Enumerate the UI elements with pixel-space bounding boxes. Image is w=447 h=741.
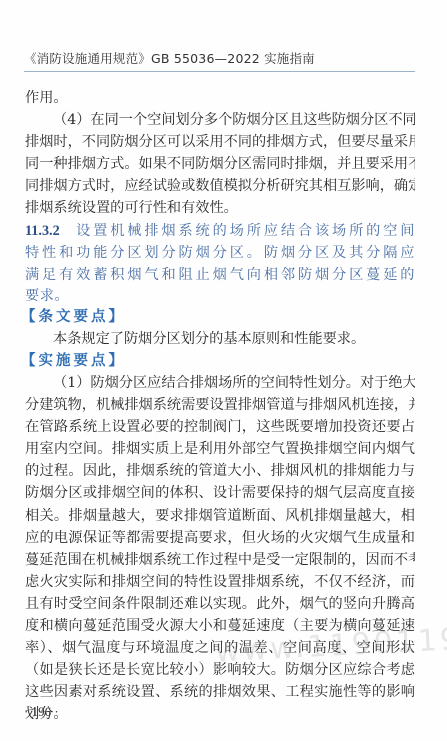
header-divider (24, 71, 415, 72)
clause-text-line: 特性和功能分区划分防烟分区。防烟分区及其分隔应 (25, 242, 415, 264)
running-header: 《消防设施通用规范》GB 55036—2022 实施指南 (24, 49, 414, 67)
text-line: 排烟系统设置的可行性和有效性。 (25, 197, 415, 219)
section-heading-implementation-points: 【实施要点】 (21, 350, 415, 372)
item-1-paragraph: （1）防烟分区应结合排烟场所的空间特性划分。对于绝大部 分建筑物，机械排烟系统需… (25, 372, 415, 726)
text-line: （如是狭长还是长宽比较小）影响较大。防烟分区应综合考虑 (25, 659, 415, 681)
text-line: （1）防烟分区应结合排烟场所的空间特性划分。对于绝大部 (25, 372, 415, 394)
text-line: 相关。排烟量越大，要求排烟管道断面、风机排烟量越大，相 (25, 505, 415, 527)
text-line: 划分。 (25, 703, 415, 725)
item-4-paragraph: （4）在同一个空间划分多个防烟分区且这些防烟分区不同时 排烟时，不同防烟分区可以… (25, 109, 415, 219)
text-line: 在管路系统上设置必要的控制阀门，这些既要增加投资还要占 (25, 416, 415, 438)
text-line: 同一种排烟方式。如果不同防烟分区需同时排烟，并且要采用不 (25, 153, 415, 175)
text-line: 排烟时，不同防烟分区可以采用不同的排烟方式，但要尽量采用 (25, 131, 415, 153)
text-line: 蔓延范围在机械排烟系统工作过程中是受一定限制的，因而不考 (25, 549, 415, 571)
text-line: 同排烟方式时，应经试验或数值模拟分析研究其相互影响，确定 (25, 175, 415, 197)
clause-11-3-2: 11.3.2设置机械排烟系统的场所应结合该场所的空间 特性和功能分区划分防烟分区… (25, 220, 415, 306)
clause-points-text: 本条规定了防烟分区划分的基本原则和性能要求。 (25, 328, 415, 350)
page-number: · 196 · (24, 704, 59, 720)
text-line: 的过程。因此，排烟系统的管道大小、排烟风机的排烟能力与 (25, 460, 415, 482)
text-line: 应的电源保证等都需要提高要求，但火场的火灾烟气生成量和 (25, 527, 415, 549)
text-line: 度和横向蔓延范围受火源大小和蔓延速度（主要为横向蔓延速 (25, 615, 415, 637)
page-content: 作用。 （4）在同一个空间划分多个防烟分区且这些防烟分区不同时 排烟时，不同防烟… (25, 87, 415, 725)
text-line: 分建筑物，机械排烟系统需要设置排烟管道与排烟风机连接，并 (25, 394, 415, 416)
text-line: 用室内空间。排烟实质上是利用外部空气置换排烟空间内烟气 (25, 438, 415, 460)
text-line: 虑火灾实际和排烟空间的特性设置排烟系统，不仅不经济，而 (25, 571, 415, 593)
clause-text-line: 设置机械排烟系统的场所应结合该场所的空间 (74, 223, 415, 239)
text-line: 防烟分区或排烟空间的体积、设计需要保持的烟气层高度直接 (25, 482, 415, 504)
text-line: 率）、烟气温度与环境温度之间的温差、空间高度、空间形状 (25, 637, 415, 659)
clause-text-line: 要求。 (25, 286, 415, 306)
clause-text-line: 满足有效蓄积烟气和阻止烟气向相邻防烟分区蔓延的 (25, 264, 415, 286)
clause-number: 11.3.2 (25, 223, 60, 239)
text-line: （4）在同一个空间划分多个防烟分区且这些防烟分区不同时 (25, 109, 415, 131)
text-line: 这些因素对系统设置、系统的排烟效果、工程实施性等的影响 (25, 681, 415, 703)
section-heading-clause-points: 【条文要点】 (21, 306, 415, 328)
text-line: 且有时受空间条件限制还难以实现。此外，烟气的竖向升腾高 (25, 593, 415, 615)
paragraph-continuation: 作用。 (25, 87, 415, 109)
